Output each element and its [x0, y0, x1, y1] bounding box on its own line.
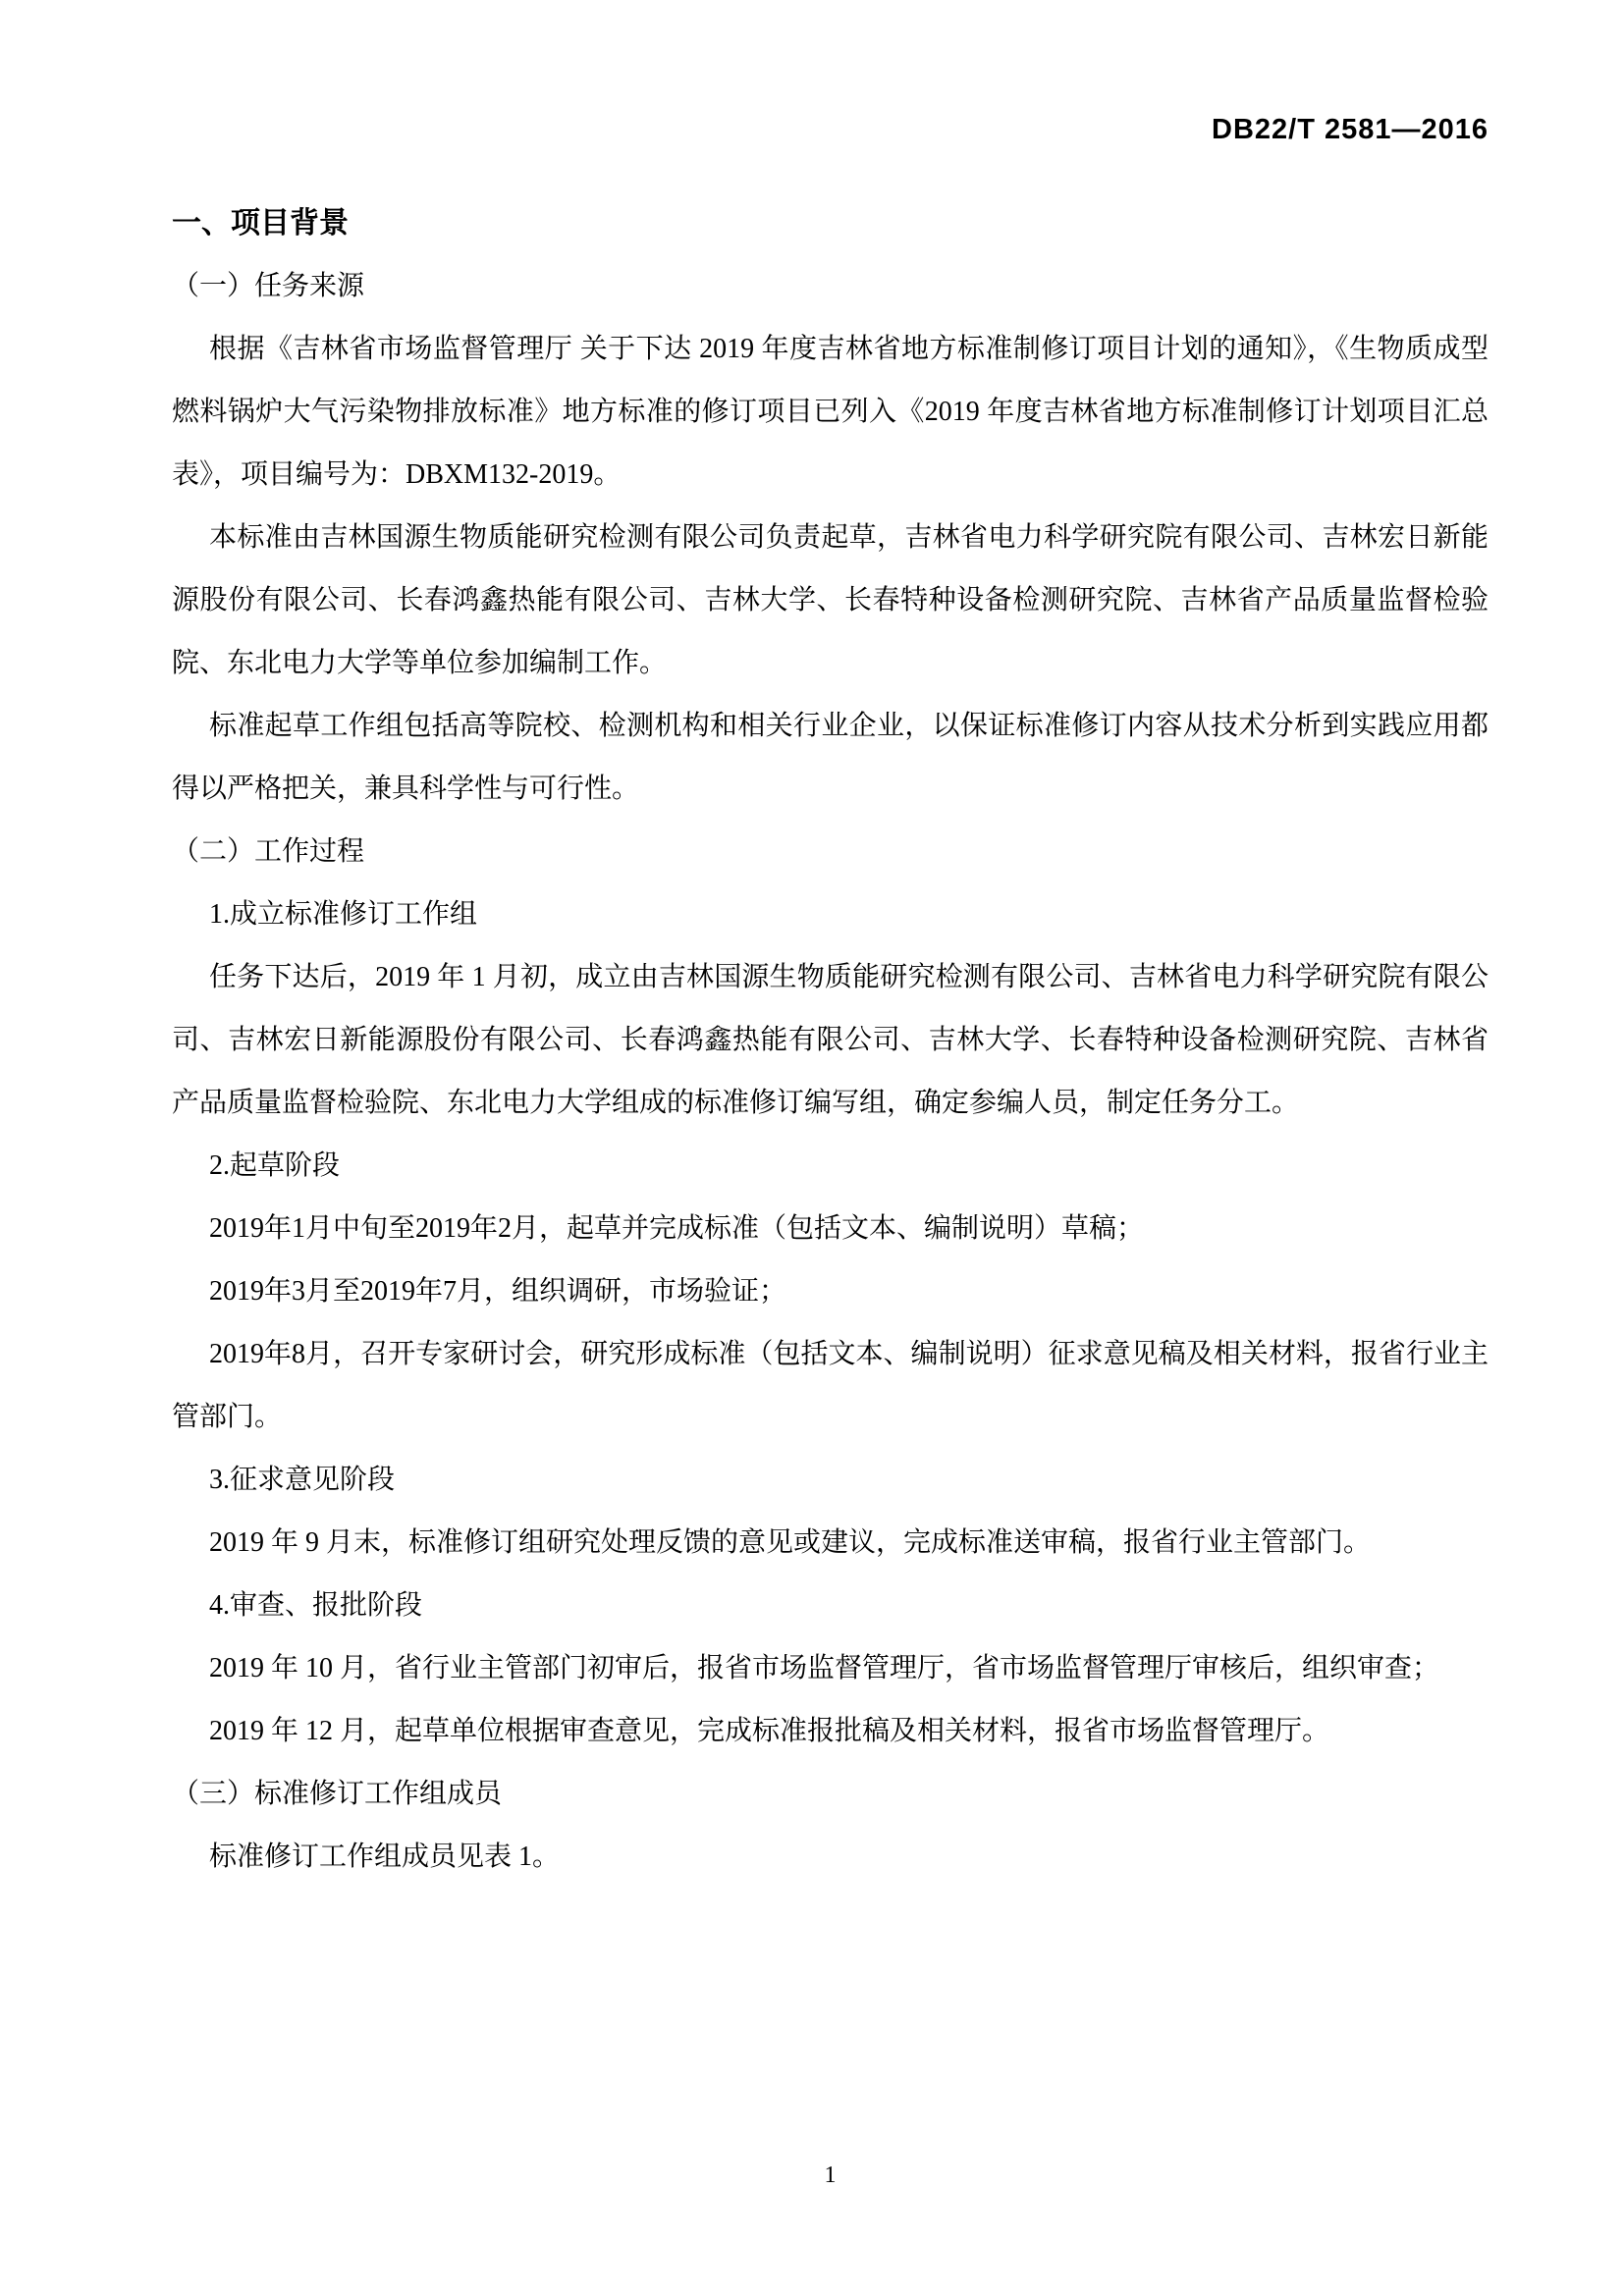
- paragraph: 2019年3月至2019年7月，组织调研，市场验证；: [172, 1260, 1489, 1323]
- paragraph: 本标准由吉林国源生物质能研究检测有限公司负责起草，吉林省电力科学研究院有限公司、…: [172, 507, 1489, 695]
- subsection-heading-task-source: （一）任务来源: [172, 255, 1489, 318]
- numbered-item-1: 1.成立标准修订工作组: [172, 883, 1489, 946]
- standard-code-header: DB22/T 2581—2016: [172, 114, 1489, 146]
- paragraph: 2019 年 10 月，省行业主管部门初审后，报省市场监督管理厅，省市场监督管理…: [172, 1637, 1489, 1700]
- document-page: DB22/T 2581—2016 一、项目背景 （一）任务来源 根据《吉林省市场…: [0, 0, 1624, 2296]
- page-number: 1: [172, 2156, 1489, 2195]
- paragraph: 2019 年 9 月末，标准修订组研究处理反馈的意见或建议，完成标准送审稿，报省…: [172, 1512, 1489, 1575]
- numbered-item-3: 3.征求意见阶段: [172, 1449, 1489, 1512]
- paragraph: 2019年8月，召开专家研讨会，研究形成标准（包括文本、编制说明）征求意见稿及相…: [172, 1323, 1489, 1449]
- numbered-item-2: 2.起草阶段: [172, 1135, 1489, 1198]
- document-body: 一、项目背景 （一）任务来源 根据《吉林省市场监督管理厅 关于下达 2019 年…: [172, 192, 1489, 1889]
- section-heading-project-background: 一、项目背景: [172, 192, 1489, 255]
- paragraph: 任务下达后，2019 年 1 月初，成立由吉林国源生物质能研究检测有限公司、吉林…: [172, 946, 1489, 1135]
- numbered-item-4: 4.审查、报批阶段: [172, 1575, 1489, 1637]
- paragraph: 标准修订工作组成员见表 1。: [172, 1826, 1489, 1889]
- paragraph: 2019年1月中旬至2019年2月，起草并完成标准（包括文本、编制说明）草稿；: [172, 1198, 1489, 1260]
- paragraph: 2019 年 12 月，起草单位根据审查意见，完成标准报批稿及相关材料，报省市场…: [172, 1700, 1489, 1763]
- subsection-heading-work-process: （二）工作过程: [172, 821, 1489, 883]
- paragraph: 标准起草工作组包括高等院校、检测机构和相关行业企业，以保证标准修订内容从技术分析…: [172, 695, 1489, 821]
- paragraph: 根据《吉林省市场监督管理厅 关于下达 2019 年度吉林省地方标准制修订项目计划…: [172, 318, 1489, 507]
- subsection-heading-workgroup-members: （三）标准修订工作组成员: [172, 1763, 1489, 1826]
